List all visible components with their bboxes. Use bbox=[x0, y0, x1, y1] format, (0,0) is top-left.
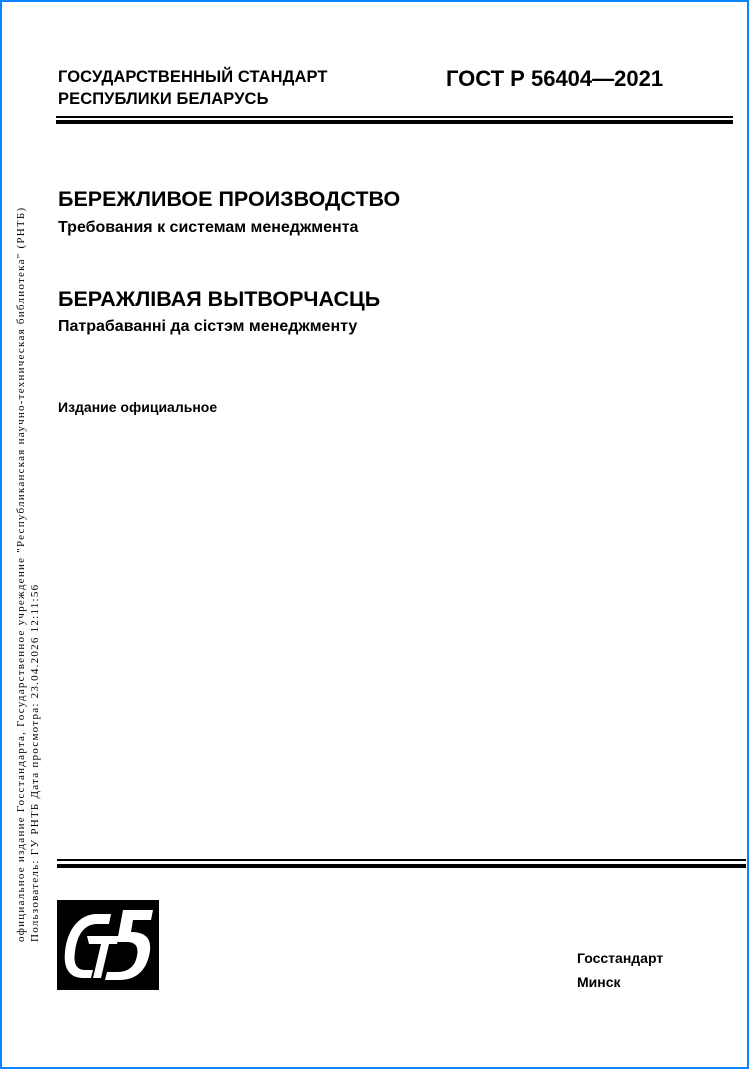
publisher-city: Минск bbox=[577, 970, 663, 994]
issuer-line-2: РЕСПУБЛИКИ БЕЛАРУСЬ bbox=[58, 88, 328, 110]
standard-designation: ГОСТ Р 56404—2021 bbox=[446, 66, 663, 92]
publisher-name: Госстандарт bbox=[577, 946, 663, 970]
title-russian: БЕРЕЖЛИВОЕ ПРОИЗВОДСТВО bbox=[58, 186, 400, 212]
subtitle-russian: Требования к системам менеджмента bbox=[58, 218, 358, 238]
edition-note: Издание официальное bbox=[58, 398, 217, 416]
footer-divider bbox=[57, 859, 746, 868]
title-belarusian: БЕРАЖЛІВАЯ ВЫТВОРЧАСЦЬ bbox=[58, 286, 380, 312]
watermark-text: официальное издание Госстандарта, Госуда… bbox=[14, 207, 42, 942]
header-divider bbox=[56, 116, 733, 124]
document-page: ГОСУДАРСТВЕННЫЙ СТАНДАРТ РЕСПУБЛИКИ БЕЛА… bbox=[0, 0, 749, 1069]
standard-issuer: ГОСУДАРСТВЕННЫЙ СТАНДАРТ РЕСПУБЛИКИ БЕЛА… bbox=[58, 66, 328, 110]
gosstandart-logo-icon bbox=[57, 900, 159, 990]
issuer-line-1: ГОСУДАРСТВЕННЫЙ СТАНДАРТ bbox=[58, 66, 328, 88]
watermark-line-2: Пользователь: ГУ РНТБ Дата просмотра: 23… bbox=[28, 207, 42, 942]
subtitle-belarusian: Патрабаванні да сістэм менеджменту bbox=[58, 317, 357, 337]
publisher-block: Госстандарт Минск bbox=[577, 946, 663, 994]
watermark-line-1: официальное издание Госстандарта, Госуда… bbox=[14, 207, 28, 942]
